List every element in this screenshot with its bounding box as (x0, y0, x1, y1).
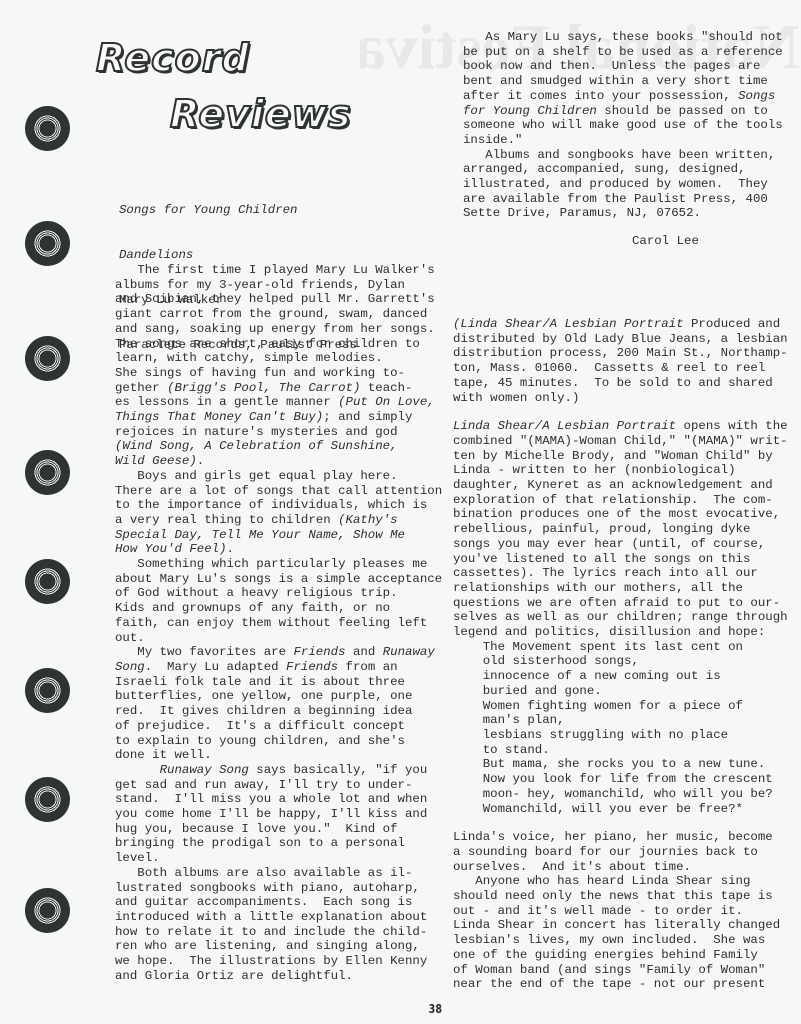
vinyl-record-icon (25, 450, 70, 495)
paragraph: The first time I played Mary Lu Walker's… (115, 263, 442, 469)
italic-title-text: Linda Shear/A Lesbian Portrait (453, 419, 676, 433)
reviewer-signature: Carol Lee (632, 234, 699, 248)
section-heading-line2: Reviews (170, 92, 351, 136)
paragraph: As Mary Lu says, these books "should not… (463, 30, 783, 148)
vinyl-record-icon (25, 106, 70, 151)
body-text: . (197, 454, 204, 468)
body-text: The first time I played Mary Lu Walker's… (115, 263, 435, 395)
body-text: Both albums are also available as il- lu… (115, 866, 427, 983)
vinyl-record-icon (25, 336, 70, 381)
body-text: My two favorites are (115, 645, 293, 659)
review2-column: (Linda Shear/A Lesbian Portrait Produced… (453, 317, 788, 992)
italic-title-text: Friends (293, 645, 345, 659)
body-text: opens with the combined "(MAMA)-Woman Ch… (453, 419, 788, 639)
paragraph: Anyone who has heard Linda Shear sing sh… (453, 874, 788, 992)
lyric-quote: The Movement spent its last cent on old … (453, 640, 788, 816)
paragraph: My two favorites are Friends and Runaway… (115, 645, 442, 763)
paragraph: Runaway Song says basically, "if you get… (115, 763, 442, 866)
section-heading-line1: Record (96, 36, 250, 80)
album-subtitle: Dandelions (119, 248, 193, 262)
body-text: Linda's voice, her piano, her music, bec… (453, 830, 773, 873)
review1-left-column: The first time I played Mary Lu Walker's… (115, 263, 442, 983)
page-number: 38 (429, 1002, 442, 1016)
paragraph-gap (453, 405, 788, 419)
paragraph: Albums and songbooks have been written, … (463, 148, 783, 222)
paragraph-gap (453, 816, 788, 830)
review1-right-column: As Mary Lu says, these books "should not… (463, 30, 783, 221)
body-text: and (346, 645, 383, 659)
vinyl-record-icon (25, 221, 70, 266)
body-text: Something which particularly pleases me … (115, 557, 442, 645)
body-text: . (227, 542, 234, 556)
body-text: says basically, "if you get sad and run … (115, 763, 427, 865)
body-text: As Mary Lu says, these books "should not… (463, 30, 783, 103)
album-title: Songs for Young Children (119, 203, 297, 217)
vinyl-record-icon (25, 777, 70, 822)
italic-title-text: (Brigg's Pool, The Carrot) (167, 381, 360, 395)
body-text: from an Israeli folk tale and it is abou… (115, 660, 412, 762)
body-text: Anyone who has heard Linda Shear sing sh… (453, 874, 780, 991)
body-text: . Mary Lu adapted (145, 660, 286, 674)
vinyl-record-icon (25, 668, 70, 713)
body-text: The Movement spent its last cent on old … (453, 640, 773, 816)
paragraph: (Linda Shear/A Lesbian Portrait Produced… (453, 317, 788, 405)
vinyl-record-icon (25, 888, 70, 933)
paragraph: Linda Shear/A Lesbian Portrait opens wit… (453, 419, 788, 640)
body-text: Albums and songbooks have been written, … (463, 148, 775, 221)
italic-title-text: Friends (286, 660, 338, 674)
italic-title-text: (Linda Shear/A Lesbian Portrait (453, 317, 684, 331)
paragraph: Boys and girls get equal play here. Ther… (115, 469, 442, 557)
paragraph: Both albums are also available as il- lu… (115, 866, 442, 984)
italic-title-text: Runaway Song (115, 763, 249, 777)
paragraph: Linda's voice, her piano, her music, bec… (453, 830, 788, 874)
paragraph: Something which particularly pleases me … (115, 557, 442, 645)
magazine-page: National Festival Record Reviews Songs f… (0, 0, 801, 1024)
vinyl-record-icon (25, 559, 70, 604)
record-icon-column (0, 0, 80, 1024)
italic-title-text: (Wind Song, A Celebration of Sunshine, W… (115, 439, 398, 468)
